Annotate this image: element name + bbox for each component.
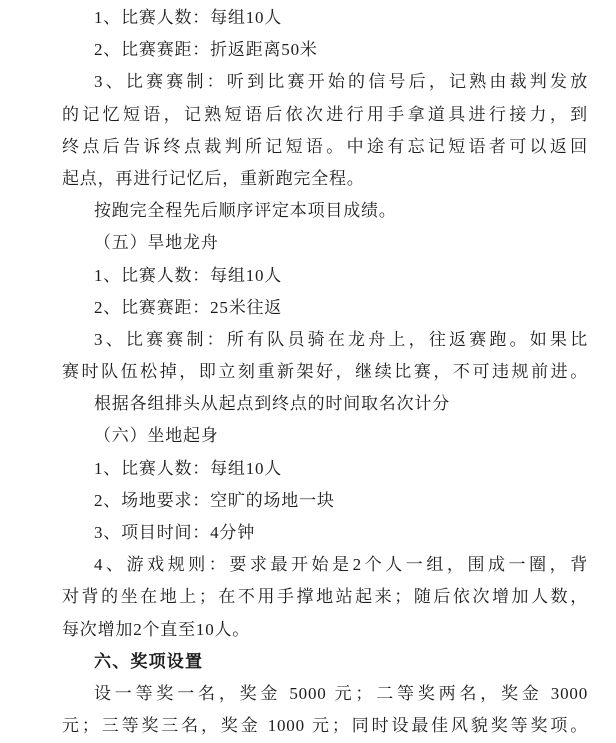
rule-line: 2、比赛赛距：折返距离50米 bbox=[62, 34, 588, 66]
rule-line: 1、比赛人数：每组10人 bbox=[62, 2, 588, 34]
rule-line: 根据各组排头从起点到终点的时间取名次计分 bbox=[62, 388, 588, 420]
section-6-heading: （六）坐地起身 bbox=[62, 420, 588, 452]
rule-line: 对背的坐在地上；在不用手撑地站起来；随后依次增加人数， bbox=[62, 581, 588, 613]
awards-line: 元；三等奖三名，奖金 1000 元；同时设最佳风貌奖等奖项。 bbox=[62, 710, 588, 742]
rule-line: 2、比赛赛距：25米往返 bbox=[62, 292, 588, 324]
rule-line: 终点后告诉终点裁判所记短语。中途有忘记短语者可以返回 bbox=[62, 131, 588, 163]
rule-line: 2、场地要求：空旷的场地一块 bbox=[62, 485, 588, 517]
rule-line: 赛时队伍松掉，即立刻重新架好，继续比赛，不可违规前进。 bbox=[62, 356, 588, 388]
rule-line: 每次增加2个直至10人。 bbox=[62, 614, 588, 646]
section-5-heading: （五）旱地龙舟 bbox=[62, 227, 588, 259]
awards-section-heading: 六、奖项设置 bbox=[62, 646, 588, 678]
rule-line: 起点，再进行记忆后，重新跑完全程。 bbox=[62, 163, 588, 195]
rule-line: 1、比赛人数：每组10人 bbox=[62, 260, 588, 292]
rule-line: 按跑完全程先后顺序评定本项目成绩。 bbox=[62, 195, 588, 227]
rule-line: 1、比赛人数：每组10人 bbox=[62, 453, 588, 485]
awards-line: 设一等奖一名，奖金 5000 元；二等奖两名，奖金 3000 bbox=[62, 678, 588, 710]
rule-line: 4、游戏规则：要求最开始是2个人一组，围成一圈，背 bbox=[62, 549, 588, 581]
document-page: 1、比赛人数：每组10人2、比赛赛距：折返距离50米3、比赛赛制：听到比赛开始的… bbox=[0, 0, 616, 743]
rule-line: 3、比赛赛制：所有队员骑在龙舟上，往返赛跑。如果比 bbox=[62, 324, 588, 356]
rule-line: 3、比赛赛制：听到比赛开始的信号后，记熟由裁判发放 bbox=[62, 66, 588, 98]
rule-line: 的记忆短语，记熟短语后依次进行用手拿道具进行接力，到 bbox=[62, 99, 588, 131]
rule-line: 3、项目时间：4分钟 bbox=[62, 517, 588, 549]
